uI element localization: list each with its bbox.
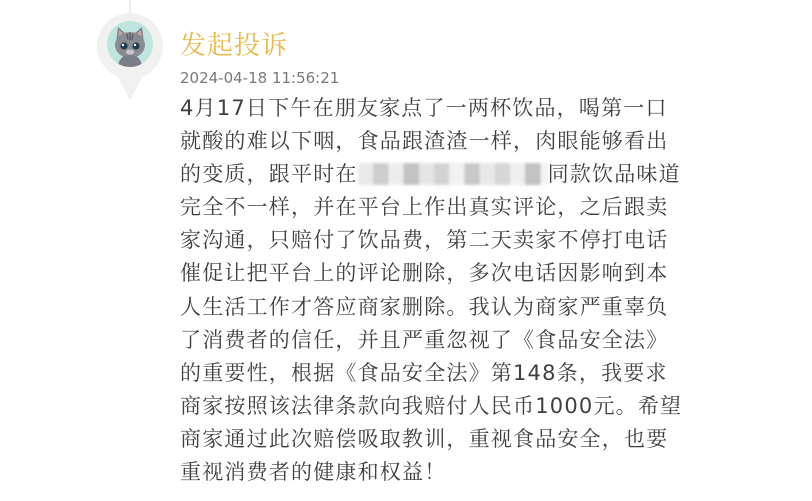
- body-line: 完全不一样，并在平台上作出真实评论，之后跟卖: [180, 191, 600, 224]
- complaint-body: 4月17日下午在朋友家点了一两杯饮品，喝第一口 就酸的难以下咽，食品跟渣渣一样，…: [180, 92, 600, 489]
- body-line: 人生活工作才答应商家删除。我认为商家严重辜负: [180, 291, 600, 324]
- body-line: 家沟通，只赔付了饮品费，第二天卖家不停打电话: [180, 224, 600, 257]
- avatar-pin-tail: [112, 66, 148, 100]
- body-line: 的重要性，根据《食品安全法》第148条，我要求: [180, 357, 600, 390]
- redacted-merchant-name: [358, 163, 548, 185]
- body-line: 重视消费者的健康和权益！: [180, 456, 600, 489]
- body-line: 4月17日下午在朋友家点了一两杯饮品，喝第一口: [180, 92, 600, 125]
- body-line-after-redaction: 同款饮品味道: [548, 162, 681, 186]
- post-title: 发起投诉: [180, 30, 288, 62]
- body-line: 商家通过此次赔偿吸取教训，重视食品安全，也要: [180, 423, 600, 456]
- body-line: 了消费者的信任，并且严重忽视了《食品安全法》: [180, 324, 600, 357]
- body-line: 商家按照该法律条款向我赔付人民币1000元。希望: [180, 390, 600, 423]
- body-line-redacted: 的变质，跟平时在同款饮品味道: [180, 158, 600, 191]
- cat-avatar-icon[interactable]: [107, 21, 153, 67]
- body-line: 就酸的难以下咽，食品跟渣渣一样，肉眼能够看出: [180, 125, 600, 158]
- body-line: 催促让把平台上的评论删除，多次电话因影响到本: [180, 257, 600, 290]
- body-line-before-redaction: 的变质，跟平时在: [180, 162, 358, 186]
- post-timestamp: 2024-04-18 11:56:21: [180, 68, 339, 88]
